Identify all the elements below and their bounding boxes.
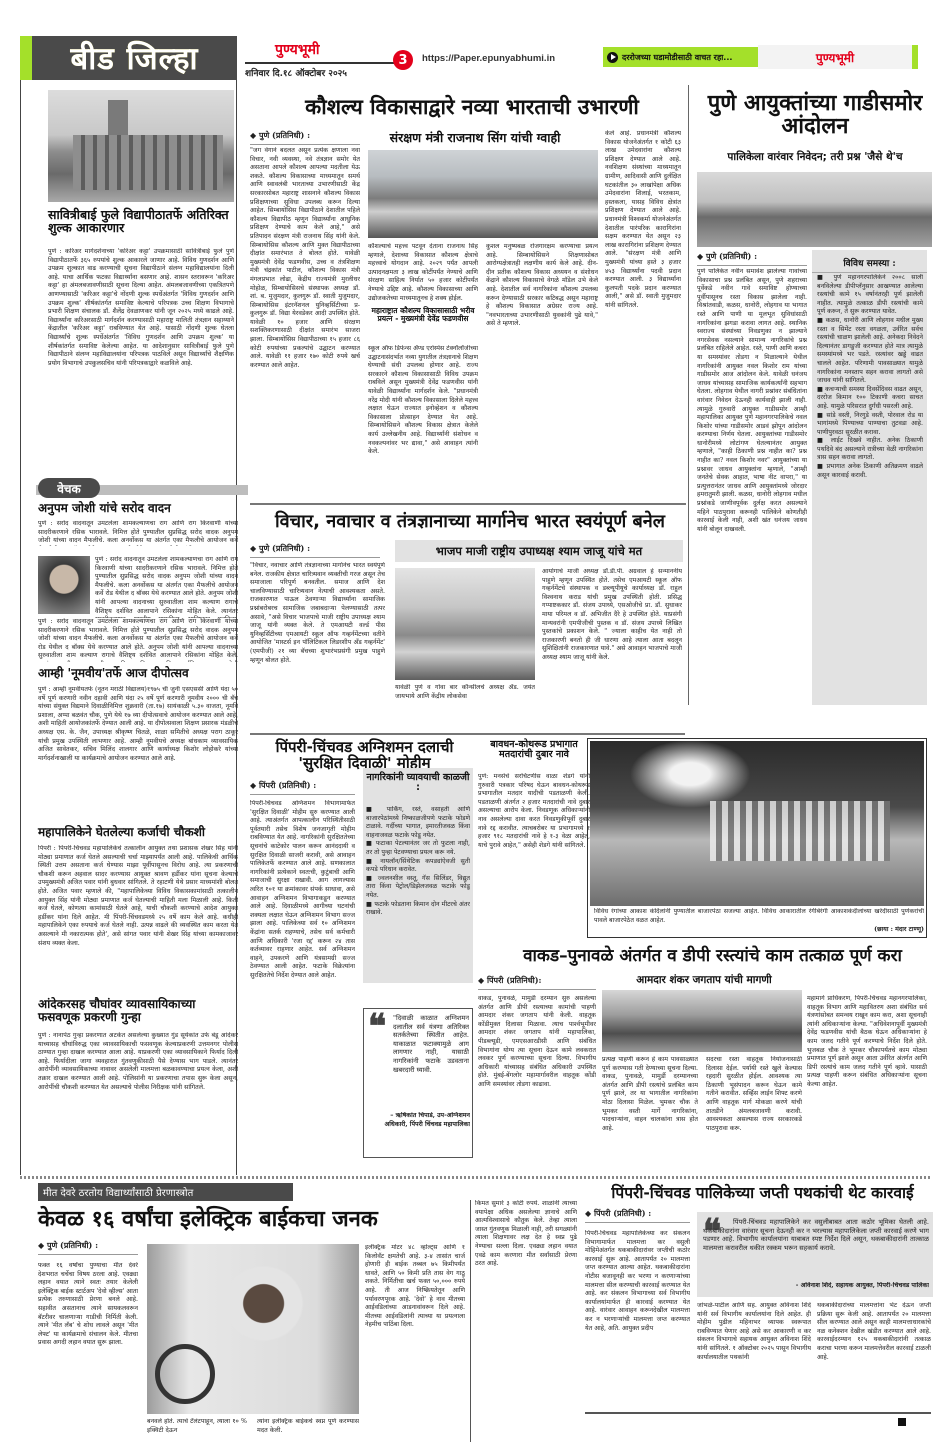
column-rule <box>470 1200 471 1442</box>
pcmc-seizure-col1: पिंपरी-चिंचवड महापालिकेच्या कर संकलन विभ… <box>585 1230 690 1435</box>
university-fee-headline: सावित्रीबाई फुले विद्यापीठातर्फे अतिरिक्… <box>48 208 234 234</box>
bjp-jaju-subhead: भाजप माजी राष्ट्रीय उपाध्यक्ष श्याम जाजू… <box>436 545 642 557</box>
fire-quote-text: "दिवाळी काळात अग्निशमन दलातील सर्व यंत्र… <box>393 1014 469 1110</box>
end-mark-icon <box>898 1418 906 1426</box>
masthead-rule <box>245 62 395 64</box>
andekar-headline: आंदेकरसह चौघांवर व्यावसायिकाच्या फसवणूक … <box>38 998 238 1023</box>
skill-india-col3: स्कूल ऑफ डिफेन्स ॲण्ड एरोस्पेस टेक्नॉलॉज… <box>368 345 478 495</box>
bjp-jaju-subhead-box: भाजप माजी राष्ट्रीय उपाध्यक्ष श्याम जाजू… <box>395 540 683 562</box>
promo-logo: पुण्यभूमी <box>816 49 854 66</box>
issue-item: ■ लाईट दिखवे नाहीत. अनेक ठिकाणी पथदिवे ब… <box>817 437 923 463</box>
ebike-caption-right: त्यांना इलेक्ट्रिक बाईकचे स्वप्न पूर्ण क… <box>257 1418 359 1442</box>
protest-subhead: पालिकेला वारंवार निवेदन; तरी प्रश्न 'जैस… <box>695 152 935 163</box>
protest-issues-list: ■ पुणे महानगरपालिकेने २००८ साली बनविलेल्… <box>817 274 923 702</box>
issue-date: शनिवार दि.१८ ऑक्टोबर २०२५ <box>245 66 347 79</box>
protest-body: पुणे पालिकेत नवीन समावेश झालेल्या गावांच… <box>697 268 807 704</box>
anupam-joshi-photo <box>38 556 90 614</box>
pcmc-seizure-byline: ◆ पिंपरी (प्रतिनिधी) : <box>585 1208 690 1223</box>
tip-item: ■ ज्वलनशील वस्तू, गॅस सिलिंडर, विद्युत त… <box>366 875 470 901</box>
wakad-road-col3: प्रत्यक्ष पाहणी करून हे काम पावसाळ्यात प… <box>602 1056 698 1174</box>
pcmc-quote-author: - अविनाश शिंदे, सहायक आयुक्त, पिंपरी-चिं… <box>703 1282 929 1292</box>
protest-byline: ◆ पुणे (प्रतिनिधी) : <box>697 251 807 266</box>
deepotsav-body: पुणे : आम्ही नूमवीयतर्फे (नूतन मराठी विद… <box>38 686 238 816</box>
skill-india-col2: कौशल्याचे महत्त्व पटवून देताना राजनाथ सि… <box>368 243 478 303</box>
wakad-road-col5: महामार्ग प्राधिकरण, पिंपरी-चिंचवड महानगर… <box>807 995 927 1175</box>
lantern-photo-credit: (छाया : मंदार टाण्णू) <box>594 926 924 936</box>
protest-column-border <box>688 85 689 705</box>
issue-item: ■ प्रभागात अनेक ठिकाणी अतिक्रमण वाढले अस… <box>817 463 923 480</box>
fire-safety-tips-list: ■ पार्किंग, रस्ते, वसाहती आणि बाजारपेठां… <box>366 806 470 981</box>
skill-india-col1: "जग वेगाने बदलत असून प्रत्येक क्षणाला नव… <box>250 147 360 495</box>
skill-india-col5: केले आहे. प्रधानमंत्री कौशल्य विकास योजन… <box>605 130 681 495</box>
fire-safety-tips-title: नागरिकांनी घ्यावयाची काळजी : <box>366 773 470 793</box>
sarod-body-wrap: पुणे : सरोद वादनातून उमटलेला शामकल्याणचा… <box>95 556 238 618</box>
bavdhan-body: पुणे: मनसेचे सरचिटणीस वाळा शेडगे यांनी ग… <box>478 773 590 917</box>
sarod-headline: अनुपम जोशी यांचे सरोद वादन <box>38 502 238 515</box>
issue-item: ■ कचऱ्याची समस्या दिवसेंदिवस वाढत असून, … <box>817 386 923 412</box>
pcmc-seizure-headline: पिंपरी-चिंचवड पालिकेच्या जप्ती पथकांची थ… <box>590 1185 935 1201</box>
ebike-byline: ◆ पुणे (प्रतिनिधी) : <box>38 1240 138 1255</box>
divider-rule <box>250 733 685 735</box>
play-icon <box>607 52 618 63</box>
tip-item: ■ फटाके फोडताना किमान दोन मीटरचे अंतर रा… <box>366 901 470 918</box>
paper-name: पुण्यभूमी <box>275 40 320 59</box>
protest-issues-title: विविध समस्या : <box>812 256 927 273</box>
ebike-caption-left: बनवले होते. त्याचे टॅलंटपाहून, त्याला १०… <box>147 1418 247 1442</box>
wakad-road-col4: सदरचा रस्ता वाहतूक नियोजनासाठी दिलासा दे… <box>706 1056 802 1174</box>
ebike-kicker: मीत देवरे ठरतोय विद्यार्थ्यांसाठी प्रेरण… <box>43 1185 193 1199</box>
promo-banner[interactable]: दररोजच्या घडामोडीसाठी वाचत रहा... <box>603 47 758 67</box>
ebike-kicker-bar: मीत देवरे ठरतोय विद्यार्थ्यांसाठी प्रेरण… <box>38 1183 293 1201</box>
bjp-jaju-caption: यावेळी पुणे व गोवा बार कौन्सीलचे अध्यक्ष… <box>395 684 535 720</box>
fire-brigade-headline: पिंपरी-चिंचवड अग्निशमन दलाची 'सुरक्षित द… <box>262 740 467 772</box>
fire-brigade-byline: ◆ पिंपरी (प्रतिनिधी) : <box>250 780 355 795</box>
page-number: 3 <box>398 53 407 68</box>
page-number-badge: 3 <box>393 50 413 70</box>
book-launch-photo <box>395 568 535 680</box>
university-building-photo <box>48 90 234 202</box>
university-fee-body: पुणे : करिअर मार्गदर्शनाच्या 'करिअर कट्ट… <box>48 248 234 460</box>
bjp-jaju-col1: "विचार, नवाचार आणि तंत्रज्ञानाच्या मार्ग… <box>250 562 385 724</box>
loan-inquiry-body: पिंपरी : पिंपरी-चिंचवड महापालिकेचे तत्का… <box>38 845 238 983</box>
bjp-jaju-col3: आयोगाचे माजी अध्यक्ष डॉ.डी.पी. अग्रवाल ह… <box>542 568 682 720</box>
tip-item: ■ पार्किंग, रस्ते, वसाहती आणि बाजारपेठां… <box>366 806 470 840</box>
wakad-road-byline: ◆ पिंपरी (प्रतिनिधी): <box>478 975 596 990</box>
bavdhan-headline: बावधन-कोथरूड प्रभागात मतदारांची दुबार ना… <box>478 740 590 760</box>
end-rule <box>585 1412 931 1414</box>
section-title-block: बीड जिल्हा <box>32 36 237 80</box>
pcmc-quote-text: पिंपरी-चिंचवड महापालिकेने कर वसुलीबाबत आ… <box>703 1218 929 1278</box>
bjp-jaju-headline: विचार, नवाचार व तंत्रज्ञानाच्या मार्गाने… <box>250 513 690 532</box>
issue-item: ■ सांडे वस्ती, निरगुडे वस्ती, पोरवाल रोड… <box>817 412 923 438</box>
meet-devre-ebike-photo <box>147 1244 359 1414</box>
bjp-jaju-byline: ◆ पुणे (प्रतिनिधी) : <box>250 543 380 558</box>
pcmc-seizure-col3: थकबाकीदारांच्या मालमत्तांना भेट देऊन जप्… <box>817 1302 931 1412</box>
epaper-url-link[interactable]: https://Paper.epunyabhumi.in <box>422 53 555 64</box>
wakad-road-headline: वाकड–पुनावळे अंतर्गत व डीपी रस्त्यांचे क… <box>490 948 935 966</box>
tip-item: ■ फटाका पेटल्यानंतर जर तो फुटला नाही, तर… <box>366 840 470 857</box>
ebike-col1: फक्त १६ वर्षांचा पुण्याचा मीत देवरे देशभ… <box>38 1262 138 1442</box>
andekar-body: पुणे : नानापेठ गुन्हा प्रकरणात अटकेत असल… <box>38 1032 238 1172</box>
issue-item: ■ पुणे महानगरपालिकेने २००८ साली बनविलेल्… <box>817 274 923 317</box>
sarod-body-top: पुणे : सरोद वादनातून उमटलेला शामकल्याणचा… <box>38 520 238 546</box>
issue-item: ■ कळस, धानोरी आणि लोहगाव मधील मुख्य रस्त… <box>817 317 923 386</box>
section-divider <box>20 1176 930 1179</box>
lantern-market-photo <box>590 741 924 906</box>
protest-photo <box>697 172 932 247</box>
ebike-headline: केवळ १६ वर्षांचा इलेक्ट्रिक बाईकचा जनक <box>38 1208 438 1231</box>
skill-india-subhead-2: महाराष्ट्रात कौशल्य विकासासाठी भरीव प्रय… <box>368 307 478 323</box>
section-title-accent <box>20 36 32 80</box>
promo-text: दररोजच्या घडामोडीसाठी वाचत रहा... <box>622 52 732 63</box>
skill-india-col4: कुशल मनुष्यबळ रोजगारक्षम करण्याचा प्रयत्… <box>486 243 598 495</box>
ebike-col4: किंमत सुमारे ३ कोटी रुपये. शाळांनी त्याच… <box>475 1200 577 1442</box>
promo-paper-thumbnail: पुण्यभूमी <box>758 45 918 69</box>
fire-quote-author: – ऋषिकांत चिपाडे, उप-अग्निशमन अधिकारी, प… <box>370 1112 470 1156</box>
pcmc-seizure-col2: जांभळे-पाटील आणि सह. आयुक्त अविनाश शिंदे… <box>697 1302 811 1412</box>
loan-inquiry-headline: महापालिकेने घेतलेल्या कर्जाची चौकशी <box>38 826 238 839</box>
convocation-photo <box>368 150 598 238</box>
skill-india-subhead: संरक्षण मंत्री राजनाथ सिंग यांची ग्वाही <box>370 131 580 144</box>
deepotsav-headline: आम्ही 'नूमवीय'तर्फे आज दीपोत्सव <box>38 667 238 680</box>
skill-india-headline: कौशल्य विकासाद्वारे नव्या भारताची उभारणी <box>262 96 682 118</box>
quote-icon: ❝ <box>368 1007 386 1047</box>
wakad-road-col1: वाकड, पुनावळे, मामुर्डी दरम्यान सुरु असल… <box>478 995 596 1175</box>
ebike-col3: इलेक्ट्रिक मोटर ४८ व्होल्ट्स आणि १ किलोव… <box>365 1244 465 1442</box>
wakad-road-subhead: आमदार शंकर जगताप यांची मागणी <box>605 975 803 986</box>
road-inspection-photo <box>602 990 802 1052</box>
divider-rule <box>250 503 686 505</box>
section-title: बीड जिल्हा <box>71 37 199 79</box>
masthead: बीड जिल्हा पुण्यभूमी शनिवार दि.१८ ऑक्टोब… <box>0 0 945 80</box>
lantern-caption: विविध रंगांच्या आकाश कंदिलांनी पुण्यातील… <box>594 908 924 926</box>
tip-item: ■ नायलॉन/सिंथेटिक कपड्यांऐवजी सुती कपडे … <box>366 858 470 875</box>
vechak-section-label: वेचक <box>57 480 81 497</box>
skill-india-byline: ◆ पुणे (प्रतिनिधी) : <box>250 130 360 145</box>
vechak-section-label-box: वेचक <box>38 478 100 498</box>
sarod-body-bottom: पुणे : सरोद वादनातून उमटलेला शामकल्याणचा… <box>38 618 238 662</box>
protest-headline: पुणे आयुक्तांच्या गाडीसमोर आंदोलन <box>695 92 935 138</box>
fire-brigade-body: पिंपरी-चिंचवड अग्निशमन विभागामार्फत 'सुर… <box>250 800 355 1175</box>
